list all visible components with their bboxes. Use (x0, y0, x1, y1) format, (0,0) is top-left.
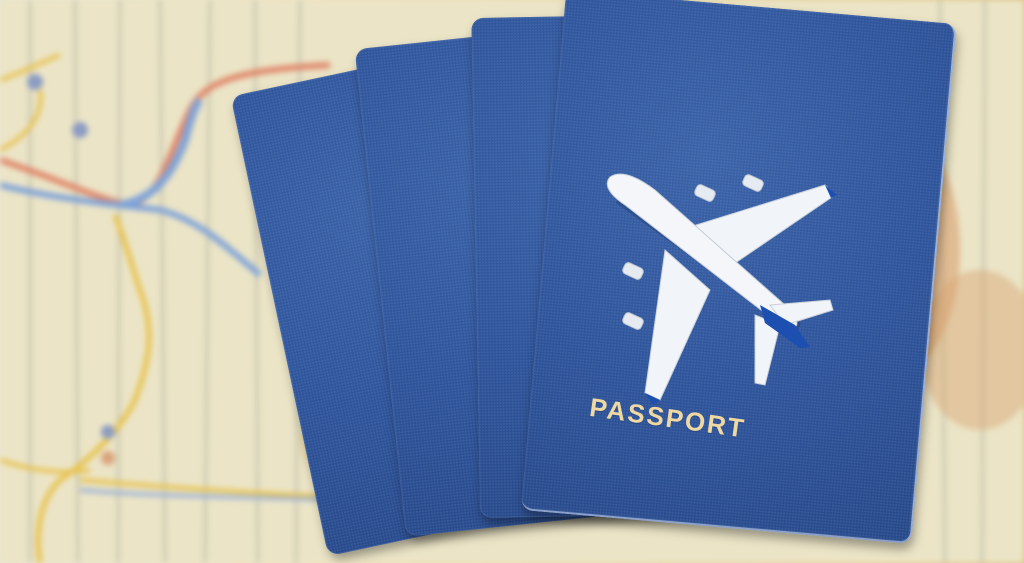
toy-airplane-icon (595, 165, 855, 415)
passport-stack (0, 0, 1024, 563)
photo-scene: PASSPORT (0, 0, 1024, 563)
